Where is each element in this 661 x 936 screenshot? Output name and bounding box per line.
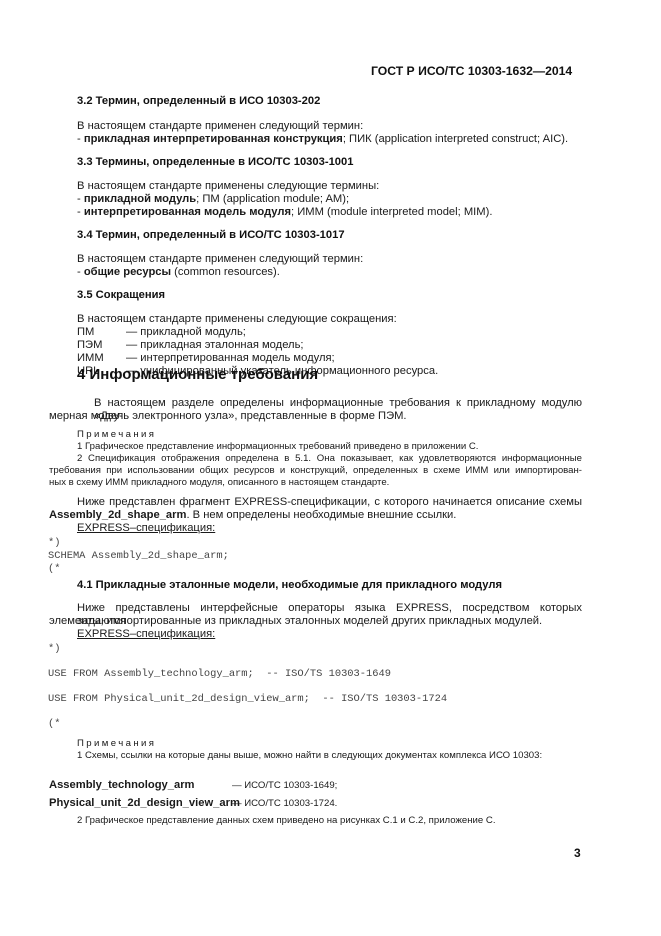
notes-title: Примечания [77,429,156,441]
section-3-3-intro: В настоящем стандарте применены следующи… [77,180,379,193]
schema-name: Assembly_2d_shape_arm [49,509,186,521]
section-3-2-heading: 3.2 Термин, определенный в ИСО 10303-202 [77,95,320,107]
code-line: USE FROM Assembly_technology_arm; -- ISO… [48,668,391,681]
section-4-1-para-line2: элементы, импортированные из прикладных … [49,615,542,628]
note-1: 1 Схемы, ссылки на которые даны выше, мо… [77,750,542,762]
section-3-5-heading: 3.5 Сокращения [77,289,165,301]
document-header-title: ГОСТ Р ИСО/ТС 10303-1632—2014 [371,64,572,78]
section-3-4-heading: 3.4 Термин, определенный в ИСО/ТС 10303-… [77,229,345,241]
code-line: *) [48,643,60,656]
reference-schema: Physical_unit_2d_design_view_arm [49,797,240,810]
express-intro-line2: Assembly_2d_shape_arm. В нем определены … [49,509,456,522]
section-4-para-line2: мерная модель электронного узла», предст… [49,410,407,423]
code-line: (* [48,718,60,731]
term-am: - прикладной модуль; ПМ (application mod… [77,193,349,206]
reference-schema: Assembly_technology_arm [49,779,195,792]
note-2-line2: требования при использовании общих ресур… [49,465,582,477]
abbr-row: ПМ— прикладной модуль; [77,326,246,339]
express-spec-label: EXPRESS–спецификация: [77,628,215,641]
abbr-row: ПЭМ— прикладная эталонная модель; [77,339,304,352]
section-4-heading: 4 Информационные требования [77,366,318,383]
express-intro-line1: Ниже представлен фрагмент EXPRESS-специф… [77,496,582,509]
notes-title: Примечания [77,738,156,750]
section-3-4-intro: В настоящем стандарте применен следующий… [77,253,363,266]
term-common-resources: - общие ресурсы (common resources). [77,266,280,279]
reference-doc: — ИСО/ТС 10303-1724. [232,798,337,810]
section-3-5-intro: В настоящем стандарте применены следующи… [77,313,397,326]
reference-doc: — ИСО/ТС 10303-1649; [232,780,337,792]
section-4-1-heading: 4.1 Прикладные эталонные модели, необход… [77,579,502,591]
term-mim: - интерпретированная модель модуля; ИММ … [77,206,492,219]
section-3-2-intro: В настоящем стандарте применен следующий… [77,120,363,133]
code-line: (* [48,563,60,576]
express-spec-label: EXPRESS–спецификация: [77,522,215,535]
code-line: SCHEMA Assembly_2d_shape_arm; [48,550,229,563]
section-3-3-heading: 3.3 Термины, определенные в ИСО/ТС 10303… [77,156,353,168]
code-line: USE FROM Physical_unit_2d_design_view_ar… [48,693,447,706]
code-line: *) [48,537,60,550]
note-2: 2 Графическое представление данных схем … [77,815,496,827]
page-number: 3 [574,846,581,860]
note-1: 1 Графическое представление информационн… [77,441,478,453]
term-aic: - прикладная интерпретированная конструк… [77,133,568,146]
note-2-line3: ных в схему ИММ прикладного модуля, опис… [49,477,389,489]
note-2-line1: 2 Спецификация отображения определена в … [77,453,582,465]
abbr-row: ИММ— интерпретированная модель модуля; [77,352,335,365]
